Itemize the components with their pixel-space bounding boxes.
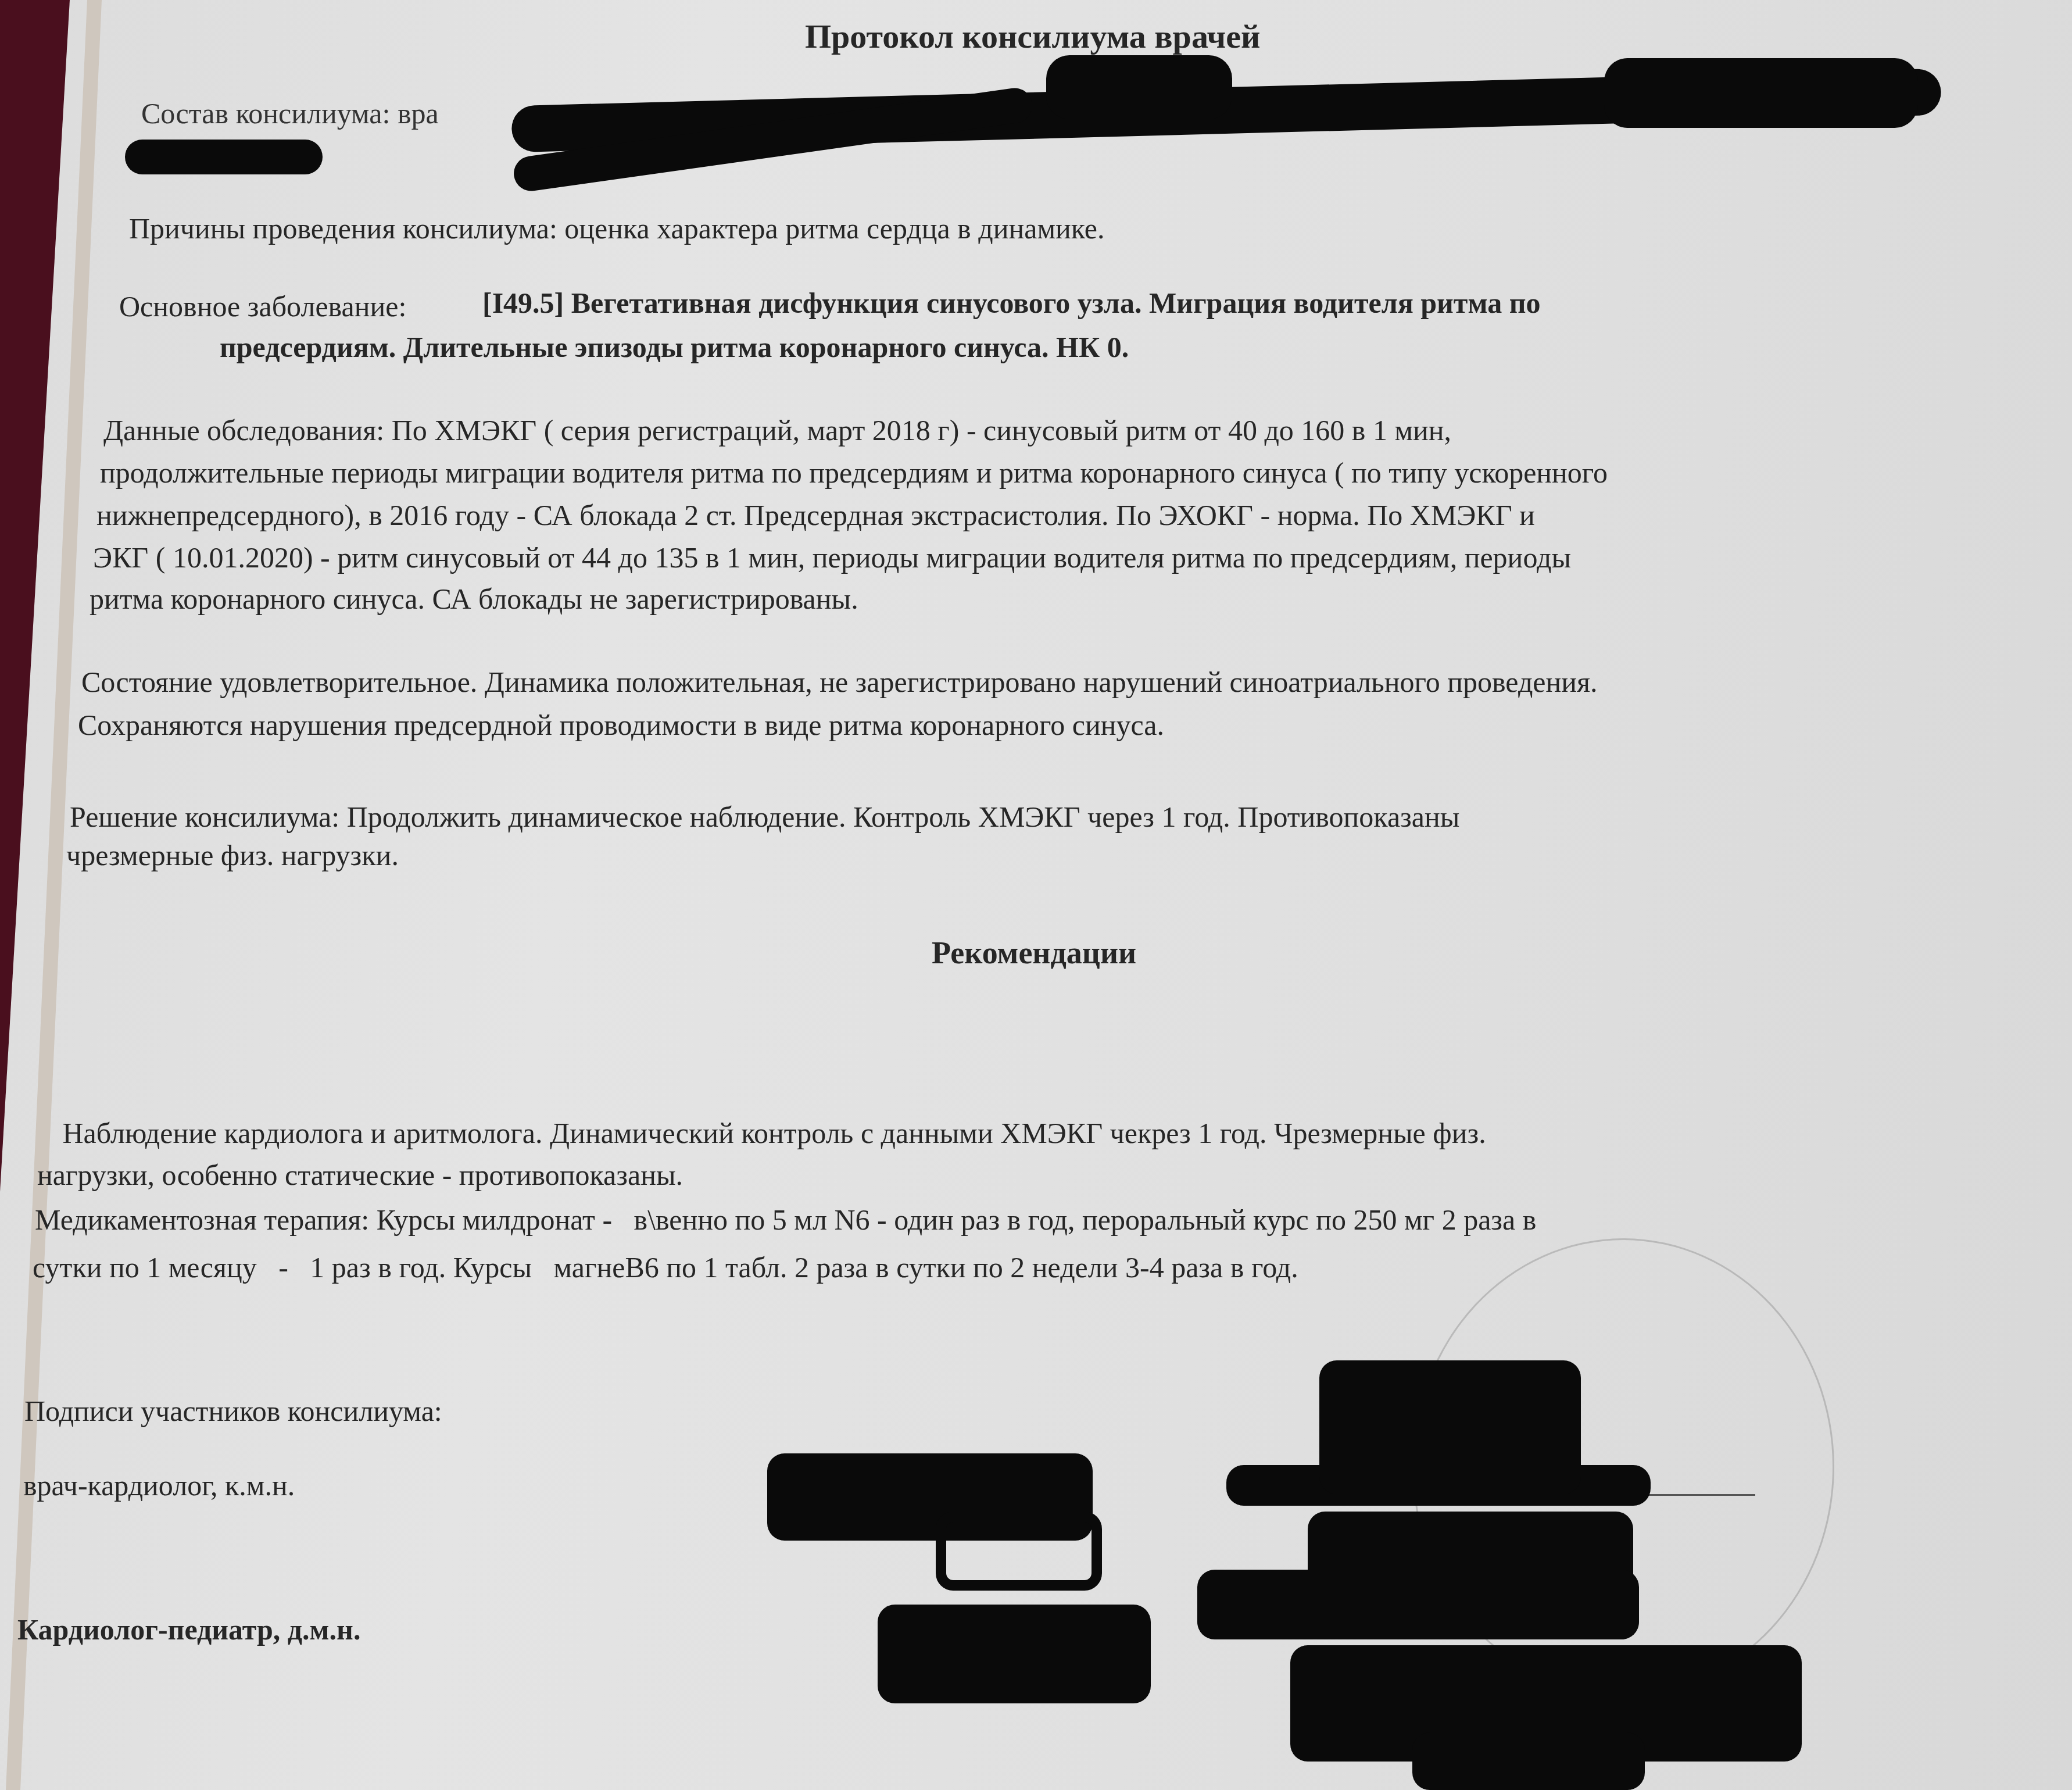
condition-line: Состояние удовлетворительное. Динамика п… — [81, 667, 1598, 696]
decision-line: чрезмерные физ. нагрузки. — [66, 841, 399, 870]
exam-data-line: нижнепредсердного), в 2016 году - СА бло… — [96, 501, 1535, 530]
signature-redaction — [936, 1512, 1102, 1591]
redaction-mark — [125, 140, 323, 174]
recommendation-line: Медикаментозная терапия: Курсы милдронат… — [35, 1205, 1536, 1234]
redaction-mark — [1046, 55, 1232, 119]
signature-role-cardiologist: врач-кардиолог, к.м.н. — [23, 1471, 295, 1500]
exam-data-line: Данные обследования: По ХМЭКГ ( серия ре… — [103, 416, 1451, 445]
recommendation-line: Наблюдение кардиолога и аритмолога. Дина… — [41, 1119, 1486, 1148]
signatures-heading: Подписи участников консилиума: — [24, 1396, 442, 1425]
diagnosis-label: Основное заболевание: — [119, 292, 406, 321]
decision-line: Решение консилиума: Продолжить динамичес… — [70, 802, 1459, 831]
signature-redaction — [1412, 1732, 1645, 1790]
signature-redaction — [1319, 1360, 1581, 1494]
recommendation-line: сутки по 1 месяцу - 1 раз в год. Курсы м… — [33, 1253, 1298, 1282]
document-title: Протокол консилиума врачей — [805, 20, 1260, 53]
exam-data-line: ритма коронарного синуса. СА блокады не … — [90, 584, 858, 613]
composition-label: Состав консилиума: вра — [141, 99, 439, 128]
recommendation-line: нагрузки, особенно статические - противо… — [37, 1160, 683, 1189]
signature-redaction — [878, 1605, 1151, 1703]
condition-line: Сохраняются нарушения предсердной провод… — [78, 710, 1164, 739]
signature-redaction — [1197, 1570, 1639, 1639]
exam-data-line: продолжительные периоды миграции водител… — [100, 458, 1608, 487]
recommendations-heading: Рекомендации — [932, 937, 1136, 969]
signature-role-pediatric-cardiologist: Кардиолог-педиатр, д.м.н. — [17, 1615, 360, 1644]
exam-data-line: ЭКГ ( 10.01.2020) - ритм синусовый от 44… — [93, 543, 1571, 572]
diagnosis-line-2: предсердиям. Длительные эпизоды ритма ко… — [220, 333, 1129, 362]
consilium-reason: Причины проведения консилиума: оценка ха… — [129, 214, 1105, 243]
diagnosis-line-1: [I49.5] Вегетативная дисфункция синусово… — [482, 288, 1540, 317]
redaction-mark — [1604, 58, 1918, 128]
